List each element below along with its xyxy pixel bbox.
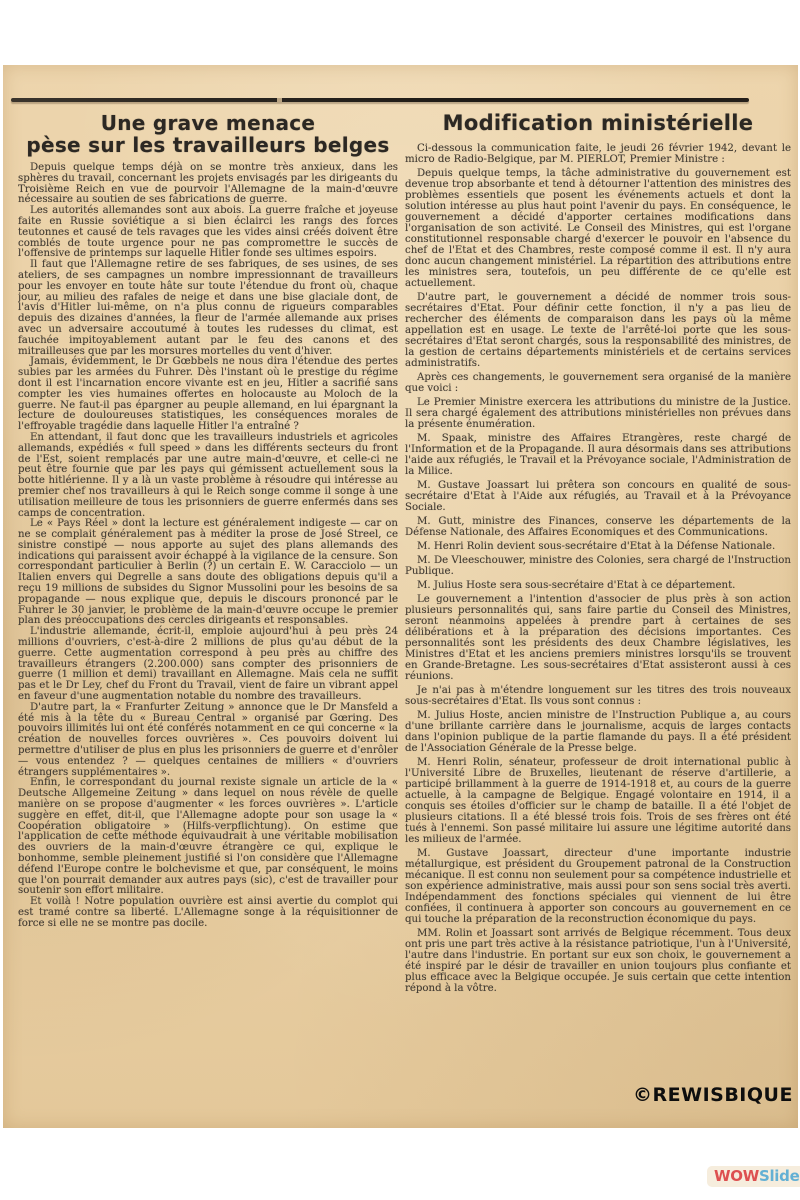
paragraph: Le « Pays Réel » dont la lecture est gén… — [18, 519, 398, 627]
paragraph: Je n'ai pas à m'étendre longuement sur l… — [405, 685, 791, 707]
paragraph: MM. Rolin et Joassart sont arrivés de Be… — [405, 928, 791, 994]
scanned-newspaper-page: Une grave menace pèse sur les travailleu… — [3, 65, 798, 1128]
paragraph: Depuis quelque temps, la tâche administr… — [405, 168, 791, 289]
wowslider-logo-wow: WOW — [714, 1167, 759, 1185]
paragraph: D'autre part, la « Franfurter Zeitung » … — [18, 703, 398, 779]
paragraph: D'autre part, le gouvernement a décidé d… — [405, 292, 791, 369]
copyright-watermark: ©REWISBIQUE — [633, 1084, 793, 1106]
wowslider-logo-slider: Slider — [759, 1167, 800, 1185]
paragraph: Depuis quelque temps déjà on se montre t… — [18, 163, 398, 206]
paragraph: M. Gustave Joassart lui prêtera son conc… — [405, 480, 791, 513]
paragraph: Ci-dessous la communication faite, le je… — [405, 143, 791, 165]
paragraph: Après ces changements, le gouvernement s… — [405, 372, 791, 394]
paragraph: En attendant, il faut donc que les trava… — [18, 433, 398, 519]
article-right-column: Modification ministérielle Ci-dessous la… — [405, 113, 791, 1118]
paragraph: Et voilà ! Notre population ouvrière est… — [18, 897, 398, 929]
left-article-title: Une grave menace pèse sur les travailleu… — [18, 113, 398, 156]
paragraph: M. Gustave Joassart, directeur d'une imp… — [405, 848, 791, 925]
paragraph: Il faut que l'Allemagne retire de ses fa… — [18, 260, 398, 357]
paragraph: M. Gutt, ministre des Finances, conserve… — [405, 516, 791, 538]
header-rule-divider — [11, 98, 749, 102]
paragraph: Le gouvernement a l'intention d'associer… — [405, 594, 791, 682]
paragraph: Les autorités allemandes sont aux abois.… — [18, 206, 398, 260]
paragraph: Enfin, le correspondant du journal rexis… — [18, 778, 398, 897]
wowslider-logo[interactable]: WOWSlider — [707, 1166, 800, 1187]
paragraph: M. De Vleeschouwer, ministre des Colonie… — [405, 555, 791, 577]
paragraph: Le Premier Ministre exercera les attribu… — [405, 397, 791, 430]
paragraph: M. Julius Hoste, ancien ministre de l'In… — [405, 710, 791, 754]
article-left-column: Une grave menace pèse sur les travailleu… — [18, 113, 398, 1111]
paragraph: M. Henri Rolin devient sous-secrétaire d… — [405, 541, 791, 552]
paragraph: M. Spaak, ministre des Affaires Etrangèr… — [405, 433, 791, 477]
paragraph: M. Julius Hoste sera sous-secrétaire d'E… — [405, 580, 791, 591]
paragraph: L'industrie allemande, écrit-il, emploie… — [18, 627, 398, 703]
right-article-title: Modification ministérielle — [405, 113, 791, 135]
left-article-title-line2: pèse sur les travailleurs belges — [26, 133, 389, 157]
paragraph: M. Henri Rolin, sénateur, professeur de … — [405, 757, 791, 845]
paragraph: Jamais, évidemment, le Dr Gœbbels ne nou… — [18, 357, 398, 433]
